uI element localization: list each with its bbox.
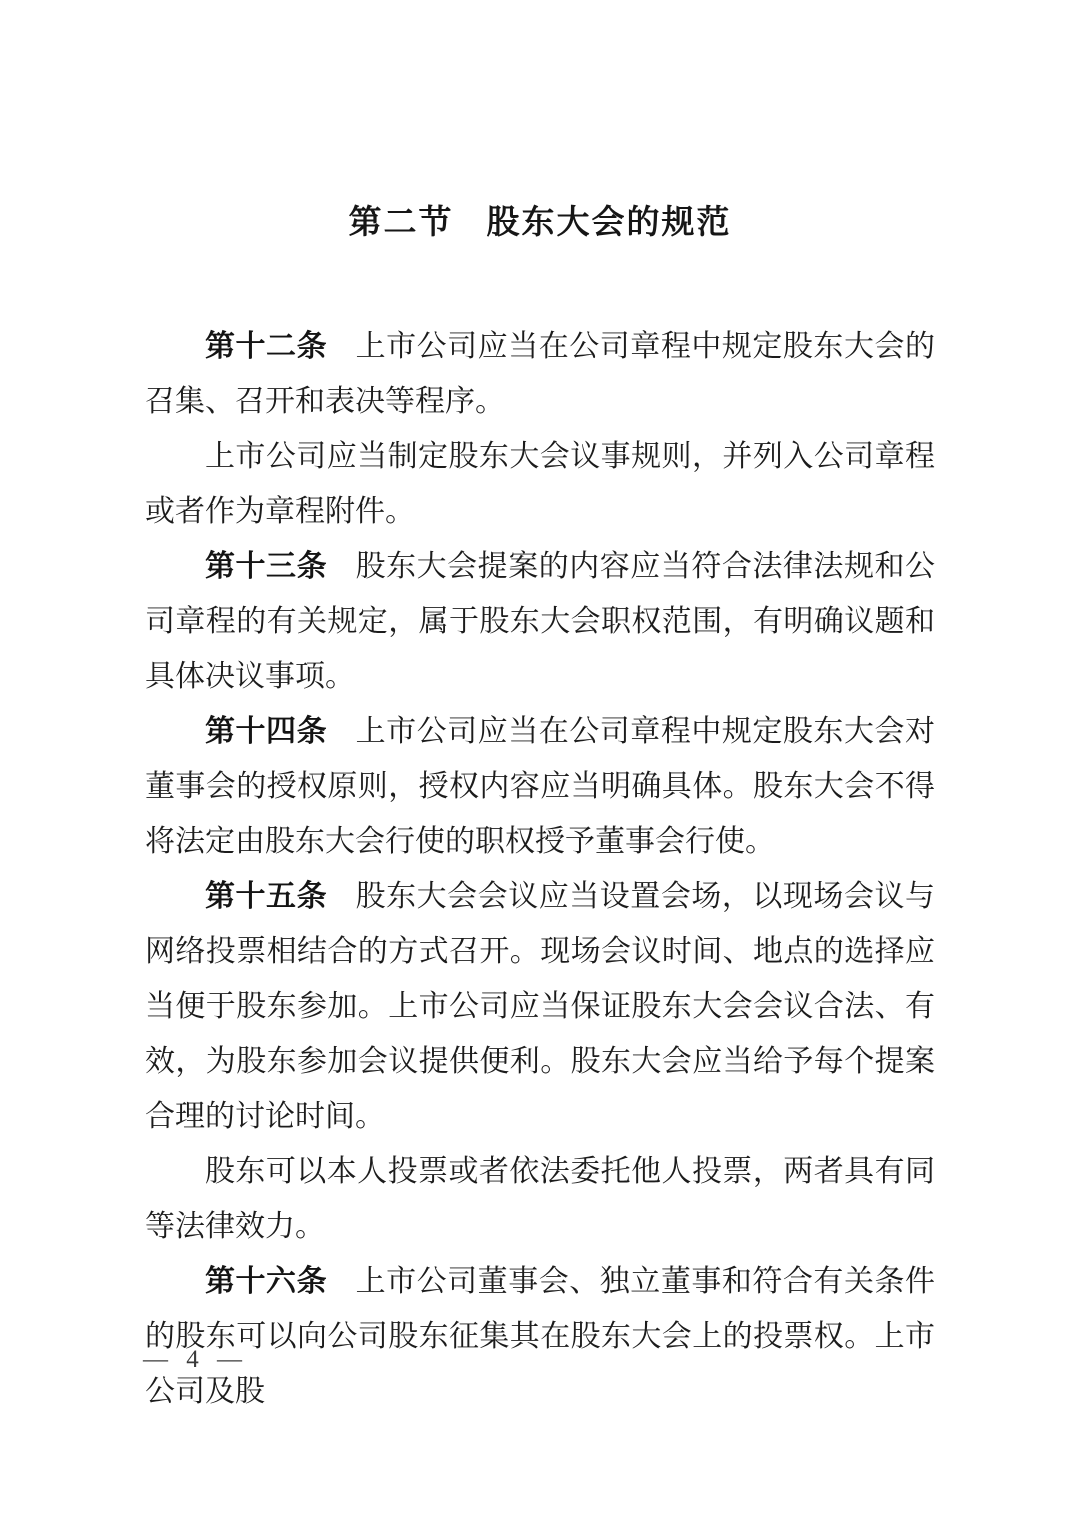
paragraph-article-16: 第十六条上市公司董事会、独立董事和符合有关条件的股东可以向公司股东征集其在股东大… <box>145 1254 935 1419</box>
section-title: 第二节股东大会的规范 <box>0 203 1080 243</box>
document-body: 第十二条上市公司应当在公司章程中规定股东大会的召集、召开和表决等程序。 上市公司… <box>145 319 935 1419</box>
paragraph-article-12-continued: 上市公司应当制定股东大会议事规则，并列入公司章程或者作为章程附件。 <box>145 429 935 539</box>
paragraph-6-text: 股东可以本人投票或者依法委托他人投票，两者具有同等法律效力。 <box>145 1155 935 1243</box>
article-15-lead: 第十五条 <box>205 880 327 913</box>
paragraph-article-14: 第十四条上市公司应当在公司章程中规定股东大会对董事会的授权原则，授权内容应当明确… <box>145 704 935 869</box>
article-15-text: 股东大会会议应当设置会场，以现场会议与网络投票相结合的方式召开。现场会议时间、地… <box>145 880 935 1133</box>
paragraph-article-12: 第十二条上市公司应当在公司章程中规定股东大会的召集、召开和表决等程序。 <box>145 319 935 429</box>
section-title-name: 股东大会的规范 <box>487 205 732 241</box>
article-13-lead: 第十三条 <box>205 550 327 583</box>
section-title-label: 第二节 <box>349 205 454 241</box>
article-14-lead: 第十四条 <box>205 715 327 748</box>
paragraph-article-15: 第十五条股东大会会议应当设置会场，以现场会议与网络投票相结合的方式召开。现场会议… <box>145 869 935 1144</box>
article-16-lead: 第十六条 <box>205 1265 327 1298</box>
paragraph-2-text: 上市公司应当制定股东大会议事规则，并列入公司章程或者作为章程附件。 <box>145 440 935 528</box>
document-page: 第二节股东大会的规范 第十二条上市公司应当在公司章程中规定股东大会的召集、召开和… <box>0 0 1080 1526</box>
paragraph-article-15-continued: 股东可以本人投票或者依法委托他人投票，两者具有同等法律效力。 <box>145 1144 935 1254</box>
page-number: — 4 — <box>143 1345 248 1375</box>
article-12-lead: 第十二条 <box>205 330 327 363</box>
paragraph-article-13: 第十三条股东大会提案的内容应当符合法律法规和公司章程的有关规定，属于股东大会职权… <box>145 539 935 704</box>
